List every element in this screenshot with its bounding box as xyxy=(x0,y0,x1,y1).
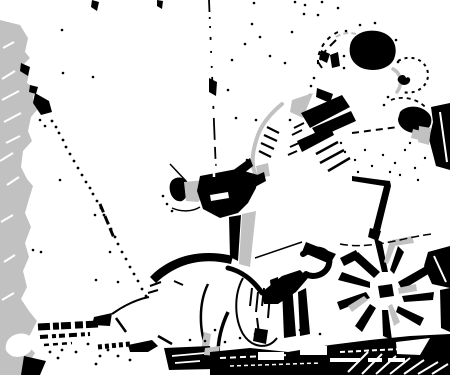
edge-mass-lower xyxy=(440,288,450,332)
ground-white-patch-2 xyxy=(300,346,327,355)
edge-gray-band xyxy=(418,126,431,145)
scene-canvas xyxy=(0,0,450,375)
binarized-photo xyxy=(0,0,450,375)
figure-hair xyxy=(350,31,396,70)
hatch-band-1 xyxy=(38,324,98,327)
